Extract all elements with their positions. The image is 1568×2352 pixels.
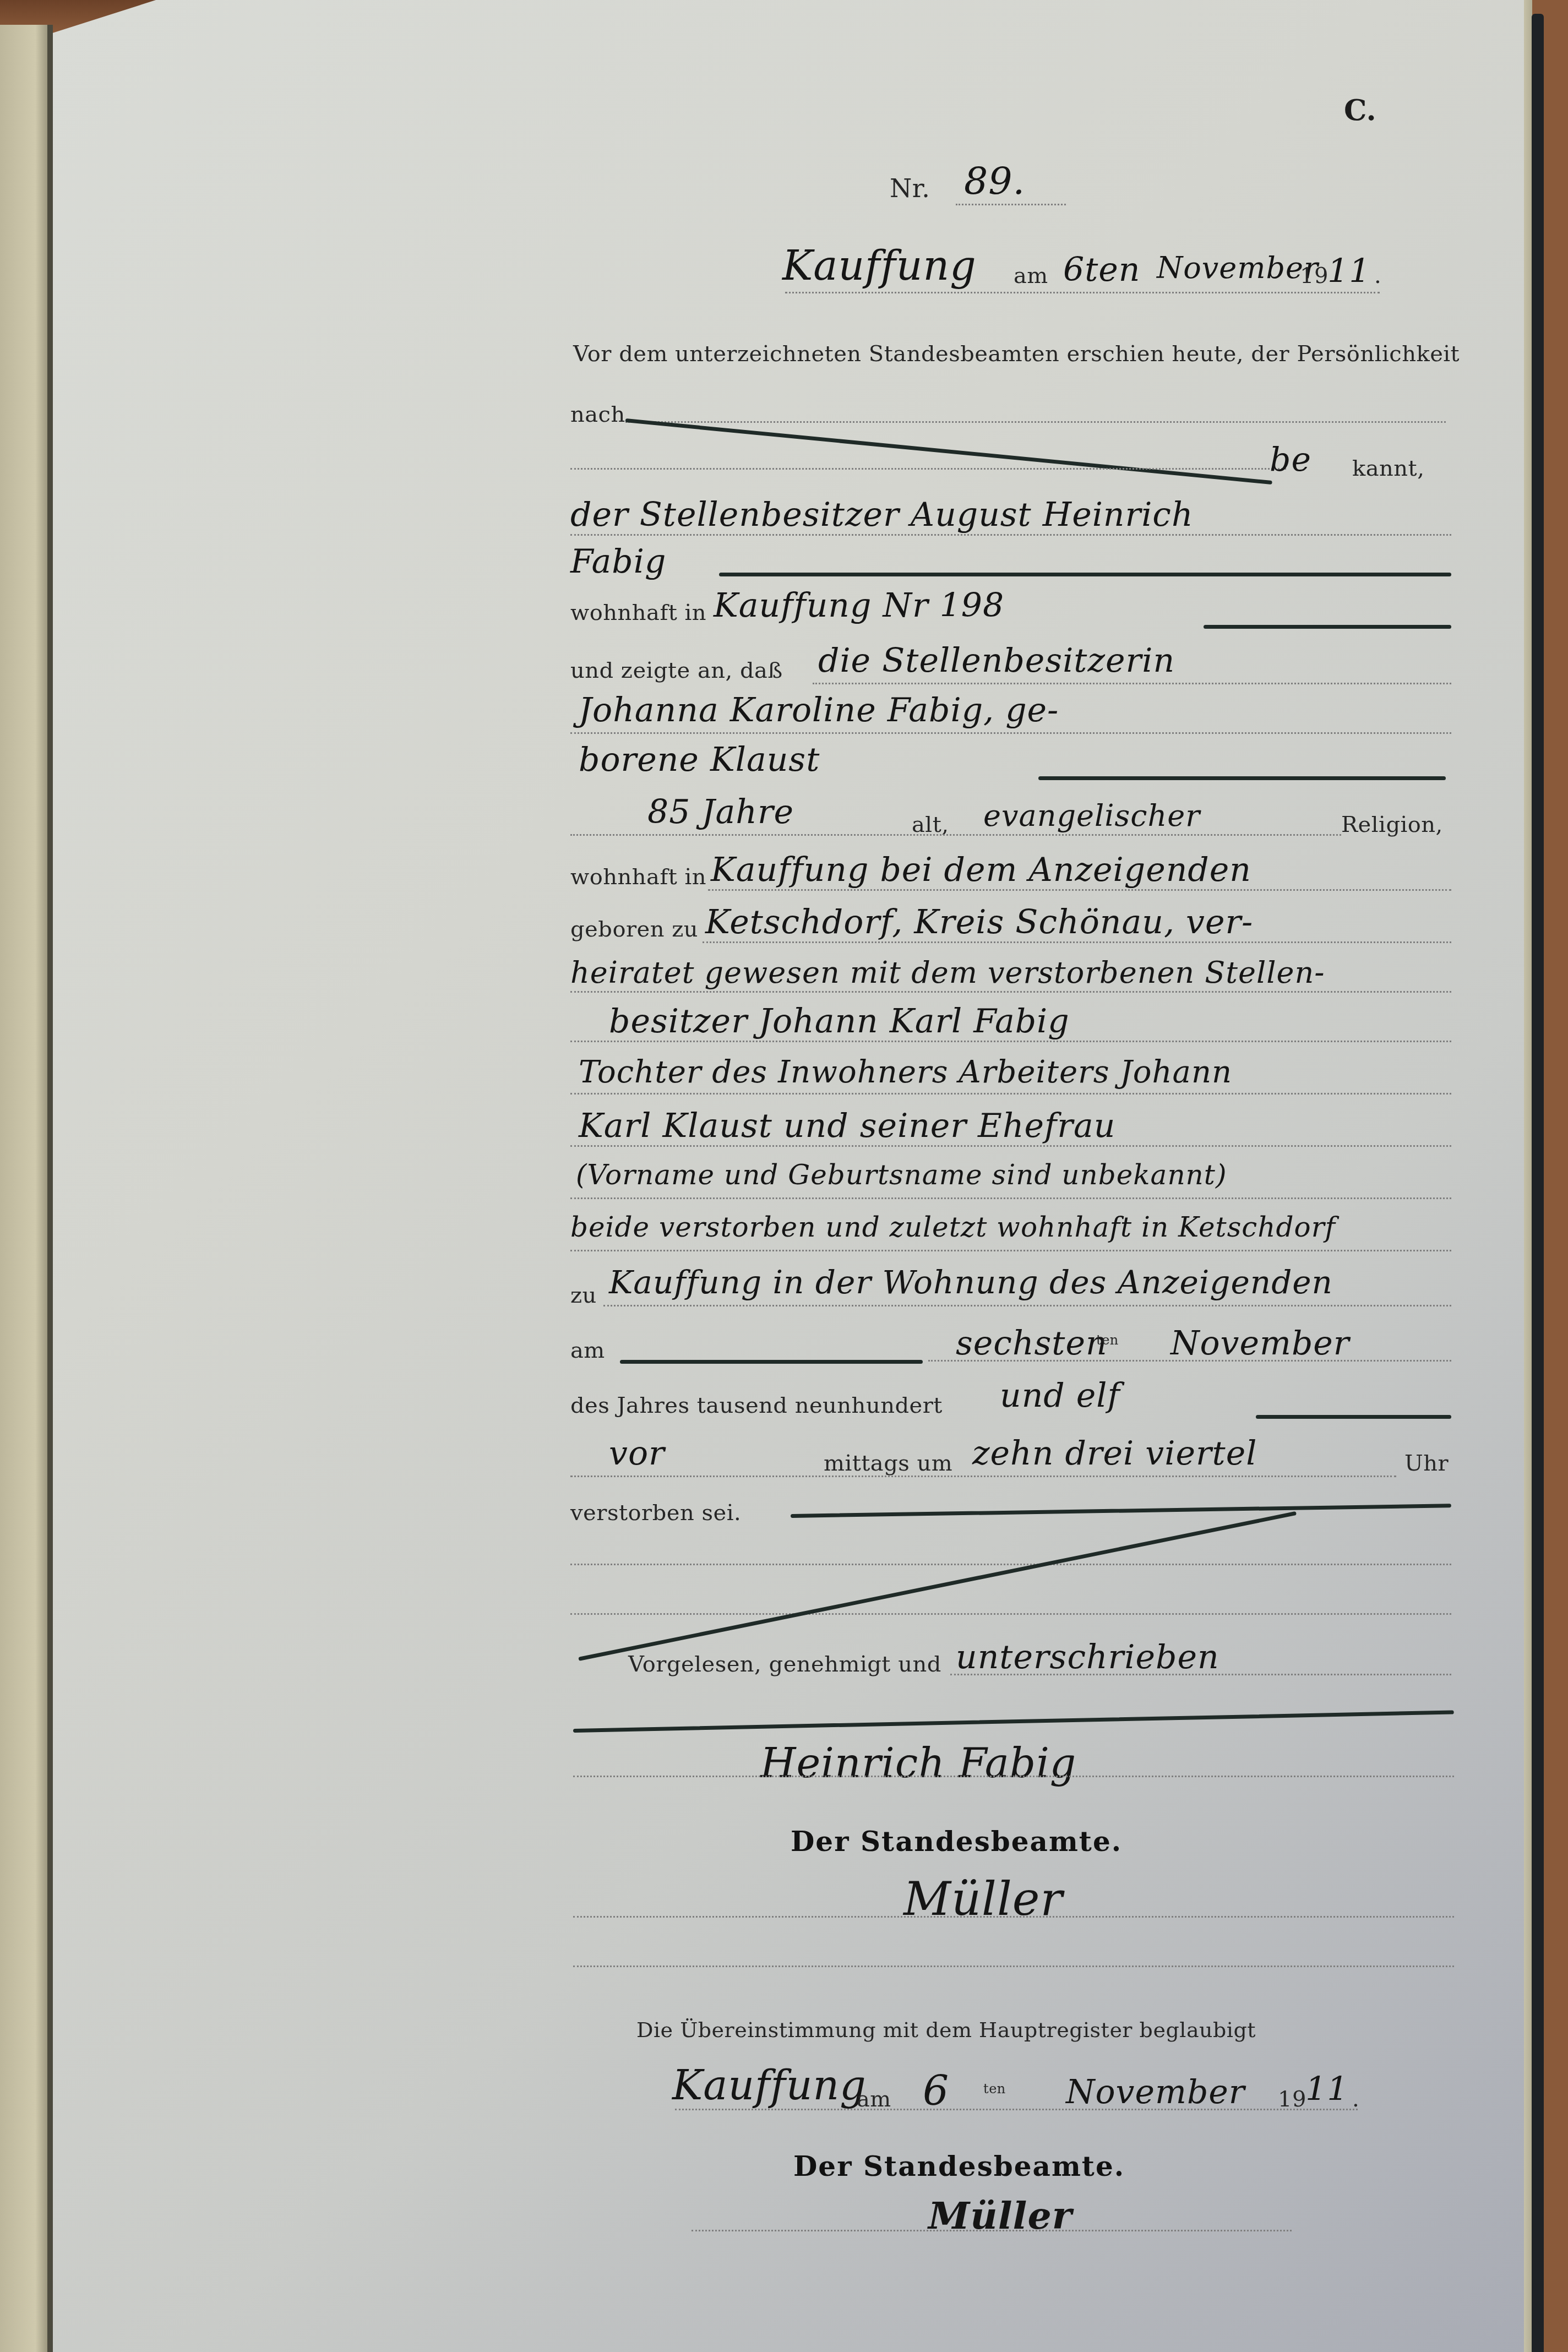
facing-page-edge [0, 25, 51, 2352]
informant-line-1: der Stellenbesitzer August Heinrich [570, 496, 1194, 534]
header-period: . [1374, 263, 1381, 288]
death-year-label: des Jahres tausend neunhundert [570, 1393, 943, 1418]
header-month: November [1157, 251, 1319, 285]
death-am-fill-line [620, 1360, 923, 1364]
official-title: Der Standesbeamte. [791, 1825, 1122, 1858]
certification-official-title: Der Standesbeamte. [793, 2150, 1125, 2182]
informant-line-2: Fabig [570, 542, 666, 581]
certification-signature-line [692, 2230, 1292, 2231]
closing-fill-line [573, 1710, 1454, 1733]
verstorben-fill-line [791, 1504, 1451, 1518]
informant-signature-line [573, 1776, 1454, 1777]
intro-printed-text: Vor dem unterzeichneten Standesbeamten e… [573, 341, 1460, 367]
header-am-label: am [1014, 263, 1048, 288]
death-year-value: und elf [1000, 1376, 1120, 1415]
religion-value: evangelischer [983, 798, 1200, 833]
closing-value: unterschrieben [956, 1638, 1219, 1676]
deceased-residence-value: Kauffung bei dem Anzeigenden [711, 851, 1251, 889]
birthplace-line-2: heiratet gewesen mit dem verstorbenen St… [570, 955, 1325, 990]
blank-dotline-3 [573, 1966, 1454, 1967]
official-signature-line [573, 1916, 1454, 1918]
birthplace-label: geboren zu [570, 917, 698, 942]
birthplace-dotline-4 [570, 1093, 1451, 1095]
ampm-value: vor [609, 1434, 665, 1473]
time-dotline [570, 1476, 1396, 1477]
header-place: Kauffung [782, 242, 977, 290]
deceased-age: 85 Jahre [647, 793, 794, 831]
informant-fill-line [719, 573, 1451, 576]
announcement-dotline-2 [570, 732, 1451, 734]
death-day: sechsten [956, 1324, 1108, 1363]
birthplace-line-6: (Vorname und Geburtsname sind unbekannt) [576, 1159, 1227, 1191]
header-year-suffix: 11 [1327, 252, 1370, 291]
birthplace-dotline-2 [570, 991, 1451, 993]
nach-label: nach [570, 402, 625, 427]
announcement-line-1: die Stellenbesitzerin [818, 641, 1175, 680]
birthplace-dotline-5 [570, 1145, 1451, 1147]
birthplace-line-1: Ketschdorf, Kreis Schönau, ver- [705, 903, 1253, 941]
blank-dotline-2 [570, 1613, 1451, 1615]
death-month: November [1170, 1324, 1350, 1363]
death-day-suffix: ten [1096, 1332, 1119, 1348]
announcement-line-2: Johanna Karoline Fabig, ge- [579, 691, 1059, 729]
certification-date-line [675, 2109, 1358, 2110]
certification-place: Kauffung [672, 2062, 867, 2109]
page-letter: C. [1344, 94, 1376, 127]
age-dotline [570, 834, 1341, 836]
birthplace-line-7: beide verstorben und zuletzt wohnhaft in… [570, 1211, 1336, 1243]
official-signature: Müller [903, 1872, 1063, 1926]
announcement-line-3: borene Klaust [579, 741, 820, 779]
certification-text: Die Übereinstimmung mit dem Hauptregiste… [636, 2018, 1256, 2042]
nach-line-1 [625, 421, 1446, 423]
announcement-dotline-1 [813, 683, 1451, 684]
birthplace-dotline-1 [703, 941, 1451, 943]
uhr-label: Uhr [1404, 1451, 1449, 1476]
blank-dotline-1 [570, 1564, 1451, 1565]
deceased-residence-dotline [708, 889, 1451, 891]
death-am-label: am [570, 1338, 605, 1363]
header-date-line [785, 292, 1380, 293]
informant-residence-value: Kauffung Nr 198 [714, 586, 1004, 625]
certification-official-signature: Müller [928, 2194, 1072, 2238]
nach-strike-line [625, 418, 1272, 484]
bekannt-suffix: kannt, [1352, 456, 1424, 481]
entry-number: 89. [964, 160, 1025, 203]
certification-day: 6 [923, 2067, 949, 2115]
death-place-dotline [603, 1305, 1451, 1306]
death-date-dotline [928, 1360, 1451, 1362]
birthplace-line-5: Karl Klaust und seiner Ehefrau [579, 1107, 1115, 1145]
certification-month: November [1066, 2073, 1245, 2111]
entry-number-label: Nr. [890, 173, 930, 203]
death-year-fill-line [1256, 1415, 1451, 1419]
religion-label: Religion, [1341, 812, 1443, 837]
birthplace-line-3: besitzer Johann Karl Fabig [609, 1002, 1070, 1041]
verstorben-label: verstorben sei. [570, 1500, 741, 1526]
bekannt-prefix: be [1270, 440, 1311, 479]
informant-residence-label: wohnhaft in [570, 600, 706, 625]
certification-year-suffix: 11 [1305, 2070, 1348, 2109]
book-gutter [47, 25, 53, 2352]
closing-label: Vorgelesen, genehmigt und [628, 1652, 941, 1677]
death-place-value: Kauffung in der Wohnung des Anzeigenden [609, 1264, 1333, 1301]
header-year-prefix: 19 [1300, 263, 1329, 288]
announcement-fill-line [1038, 776, 1446, 780]
informant-signature: Heinrich Fabig [760, 1740, 1076, 1787]
informant-dotline-1 [570, 534, 1451, 536]
birthplace-dotline-3 [570, 1041, 1451, 1042]
book-cover-edge [1532, 14, 1544, 2352]
entry-number-line [956, 204, 1066, 205]
header-day: 6ten [1063, 251, 1140, 289]
deceased-residence-label: wohnhaft in [570, 864, 706, 890]
birthplace-line-4: Tochter des Inwohners Arbeiters Johann [579, 1054, 1232, 1090]
announcement-label: und zeigte an, daß [570, 658, 783, 683]
certification-day-suffix: ten [983, 2081, 1006, 2097]
birthplace-dotline-7 [570, 1250, 1451, 1251]
informant-residence-fill-line [1204, 625, 1451, 629]
time-value: zehn drei viertel [972, 1434, 1257, 1473]
closing-dotline [950, 1674, 1451, 1675]
death-place-label: zu [570, 1283, 597, 1308]
nach-line-2 [570, 468, 1286, 470]
register-page: C. Nr. 89. Kauffung am 6ten November 19 … [53, 0, 1524, 2352]
mittags-label: mittags um [824, 1451, 952, 1476]
birthplace-dotline-6 [570, 1197, 1451, 1199]
